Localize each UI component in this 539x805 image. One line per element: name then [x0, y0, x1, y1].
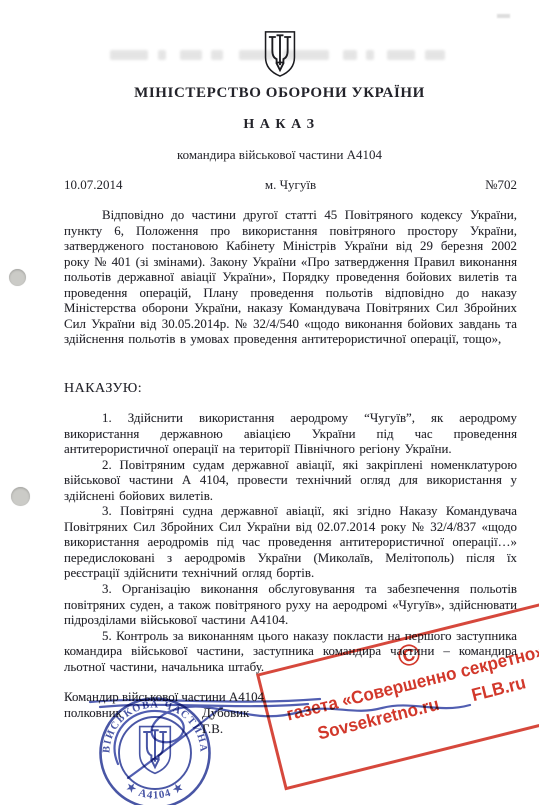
scan-mark-artifact: [497, 14, 510, 18]
punch-hole: [9, 269, 26, 286]
order-subtitle: командира військової частини А4104: [20, 147, 539, 163]
order-place: м. Чугуїв: [64, 177, 517, 193]
order-item-3: 3. Повітряні судна державної авіації, як…: [64, 504, 517, 582]
order-item-2: 2. Повітряним судам державної авіації, я…: [64, 458, 517, 505]
stamp-trident-icon: [140, 727, 171, 774]
punch-hole: [11, 487, 30, 506]
trident-emblem-icon: [263, 30, 297, 78]
military-unit-round-stamp: ВІЙСЬКОВА ЧАСТИНА ★ А4104 ★: [75, 673, 235, 805]
order-item-4: 3. Організацію виконання обслуговування …: [64, 582, 517, 629]
order-number: №702: [485, 177, 517, 193]
stamp-unit-number: ★ А4104 ★: [124, 780, 187, 801]
command-word: НАКАЗУЮ:: [64, 381, 142, 397]
preamble-paragraph: Відповідно до частини другої статті 45 П…: [64, 208, 517, 348]
header-emblem-row: [20, 30, 539, 83]
ministry-title: МІНІСТЕРСТВО ОБОРОНИ УКРАЇНИ: [20, 85, 539, 102]
order-item-1: 1. Здійснити використання аеродрому “Чуг…: [64, 411, 517, 458]
order-title: Н А К А З: [20, 117, 539, 133]
svg-text:★ А4104 ★: ★ А4104 ★: [124, 780, 187, 801]
document-page: МІНІСТЕРСТВО ОБОРОНИ УКРАЇНИ Н А К А З к…: [0, 0, 539, 805]
